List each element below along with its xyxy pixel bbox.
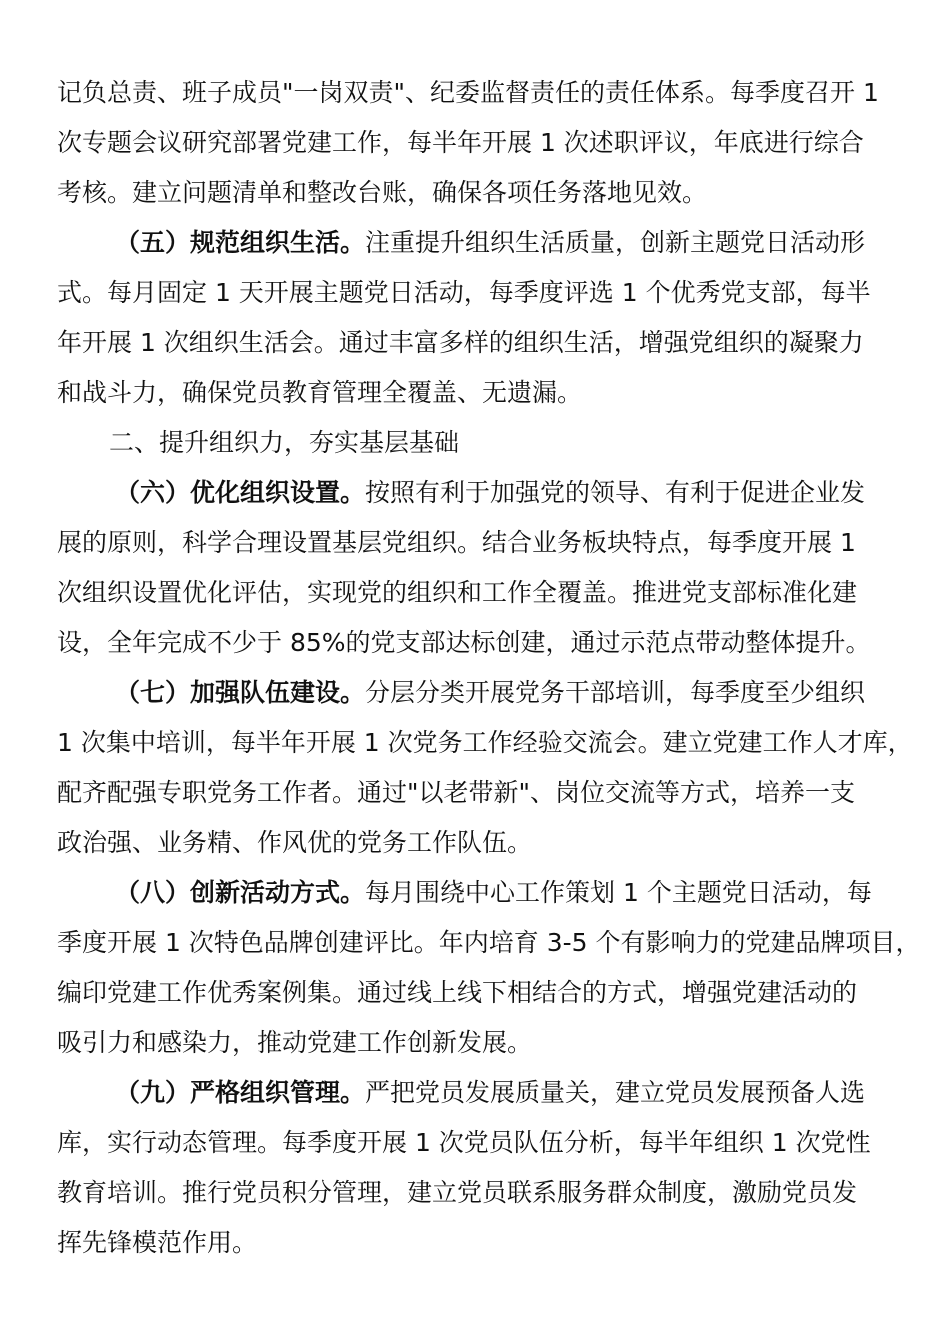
- paragraph-text: 注重提升组织生活质量，创新主题党日活动形: [365, 228, 865, 257]
- section-heading: 二、提升组织力，夯实基层基础: [57, 418, 917, 468]
- paragraph-continuation: 记负总责、班子成员"一岗双责"、纪委监督责任的责任体系。每季度召开 1 次专题会…: [57, 68, 917, 218]
- paragraph-8: （八）创新活动方式。每月围绕中心工作策划 1 个主题党日活动，每 季度开展 1 …: [57, 868, 917, 1068]
- text-line: 次专题会议研究部署党建工作，每半年开展 1 次述职评议，年底进行综合: [57, 118, 917, 168]
- text-line: 季度开展 1 次特色品牌创建评比。年内培育 3-5 个有影响力的党建品牌项目，: [57, 918, 917, 968]
- paragraph-first-line: （八）创新活动方式。每月围绕中心工作策划 1 个主题党日活动，每: [57, 868, 917, 918]
- text-line: 记负总责、班子成员"一岗双责"、纪委监督责任的责任体系。每季度召开 1: [57, 68, 917, 118]
- text-line: 次组织设置优化评估，实现党的组织和工作全覆盖。推进党支部标准化建: [57, 568, 917, 618]
- paragraph-text: 按照有利于加强党的领导、有利于促进企业发: [365, 478, 865, 507]
- paragraph-title: （九）严格组织管理。: [115, 1078, 365, 1107]
- text-line: 和战斗力，确保党员教育管理全覆盖、无遗漏。: [57, 368, 917, 418]
- text-line: 库，实行动态管理。每季度开展 1 次党员队伍分析，每半年组织 1 次党性: [57, 1118, 917, 1168]
- text-line: 年开展 1 次组织生活会。通过丰富多样的组织生活，增强党组织的凝聚力: [57, 318, 917, 368]
- paragraph-first-line: （九）严格组织管理。严把党员发展质量关，建立党员发展预备人选: [57, 1068, 917, 1118]
- text-line: 设，全年完成不少于 85%的党支部达标创建，通过示范点带动整体提升。: [57, 618, 917, 668]
- text-line: 1 次集中培训，每半年开展 1 次党务工作经验交流会。建立党建工作人才库，: [57, 718, 917, 768]
- text-line: 教育培训。推行党员积分管理，建立党员联系服务群众制度，激励党员发: [57, 1168, 917, 1218]
- text-line: 展的原则，科学合理设置基层党组织。结合业务板块特点，每季度开展 1: [57, 518, 917, 568]
- paragraph-first-line: （五）规范组织生活。注重提升组织生活质量，创新主题党日活动形: [57, 218, 917, 268]
- paragraph-title: （六）优化组织设置。: [115, 478, 365, 507]
- paragraph-text: 严把党员发展质量关，建立党员发展预备人选: [365, 1078, 865, 1107]
- paragraph-9: （九）严格组织管理。严把党员发展质量关，建立党员发展预备人选 库，实行动态管理。…: [57, 1068, 917, 1268]
- paragraph-title: （七）加强队伍建设。: [115, 678, 365, 707]
- text-line: 编印党建工作优秀案例集。通过线上线下相结合的方式，增强党建活动的: [57, 968, 917, 1018]
- paragraph-6: （六）优化组织设置。按照有利于加强党的领导、有利于促进企业发 展的原则，科学合理…: [57, 468, 917, 668]
- paragraph-text: 分层分类开展党务干部培训，每季度至少组织: [365, 678, 865, 707]
- document-page: 记负总责、班子成员"一岗双责"、纪委监督责任的责任体系。每季度召开 1 次专题会…: [57, 68, 917, 1268]
- text-line: 配齐配强专职党务工作者。通过"以老带新"、岗位交流等方式，培养一支: [57, 768, 917, 818]
- paragraph-first-line: （六）优化组织设置。按照有利于加强党的领导、有利于促进企业发: [57, 468, 917, 518]
- text-line: 式。每月固定 1 天开展主题党日活动，每季度评选 1 个优秀党支部，每半: [57, 268, 917, 318]
- text-line: 考核。建立问题清单和整改台账，确保各项任务落地见效。: [57, 168, 917, 218]
- paragraph-text: 每月围绕中心工作策划 1 个主题党日活动，每: [365, 878, 872, 907]
- text-line: 挥先锋模范作用。: [57, 1218, 917, 1268]
- paragraph-title: （五）规范组织生活。: [115, 228, 365, 257]
- paragraph-title: （八）创新活动方式。: [115, 878, 365, 907]
- text-line: 吸引力和感染力，推动党建工作创新发展。: [57, 1018, 917, 1068]
- text-line: 政治强、业务精、作风优的党务工作队伍。: [57, 818, 917, 868]
- paragraph-5: （五）规范组织生活。注重提升组织生活质量，创新主题党日活动形 式。每月固定 1 …: [57, 218, 917, 418]
- paragraph-7: （七）加强队伍建设。分层分类开展党务干部培训，每季度至少组织 1 次集中培训，每…: [57, 668, 917, 868]
- paragraph-first-line: （七）加强队伍建设。分层分类开展党务干部培训，每季度至少组织: [57, 668, 917, 718]
